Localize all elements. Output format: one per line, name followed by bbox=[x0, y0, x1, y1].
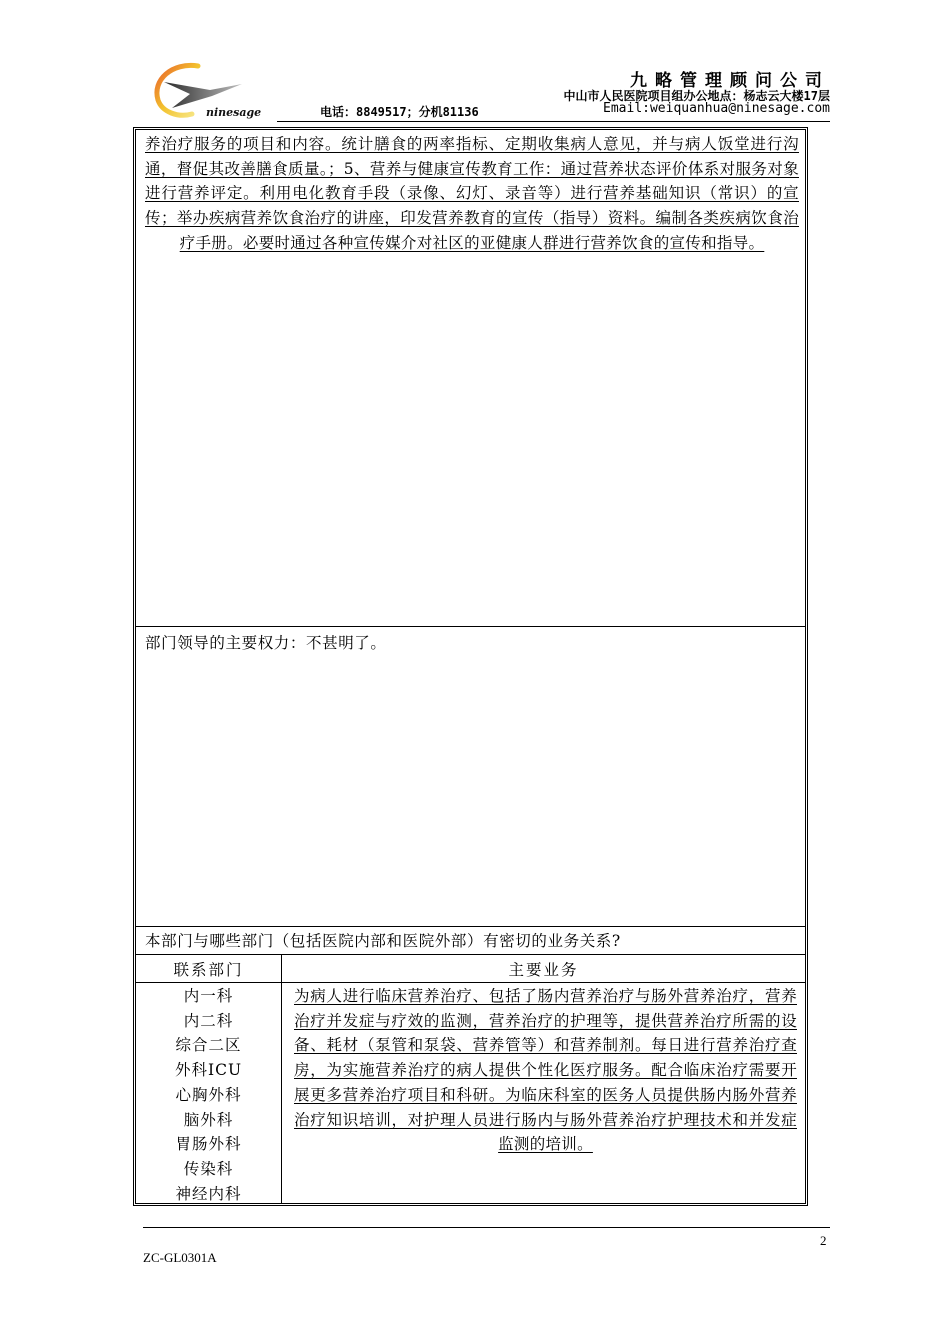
department-item: 胃肠外科 bbox=[136, 1132, 281, 1157]
ninesage-logo: ninesage bbox=[150, 60, 265, 120]
phone-number: 电话：8849517；分机81136 bbox=[320, 103, 479, 120]
department-item: 综合二区 bbox=[136, 1033, 281, 1058]
job-analysis-form: 养治疗服务的项目和内容。统计膳食的两率指标、定期收集病人意见，并与病人饭堂进行沟… bbox=[133, 127, 808, 1206]
department-item: 神经内科 bbox=[136, 1182, 281, 1207]
department-item: 内二科 bbox=[136, 1009, 281, 1034]
duties-cell: 养治疗服务的项目和内容。统计膳食的两率指标、定期收集病人意见，并与病人饭堂进行沟… bbox=[136, 130, 805, 627]
duties-text-content: 养治疗服务的项目和内容。统计膳食的两率指标、定期收集病人意见，并与病人饭堂进行沟… bbox=[145, 135, 799, 252]
relations-question-cell: 本部门与哪些部门（包括医院内部和医院外部）有密切的业务关系? bbox=[136, 927, 805, 955]
department-item: 内一科 bbox=[136, 984, 281, 1009]
department-item: 外科ICU bbox=[136, 1058, 281, 1083]
column-header-department: 联系部门 bbox=[136, 958, 281, 980]
relations-table: 联系部门 主要业务 内一科 内二科 综合二区 外科ICU 心胸外科 脑外科 胃肠… bbox=[136, 955, 805, 1203]
column-header-business: 主要业务 bbox=[282, 958, 805, 980]
svg-text:ninesage: ninesage bbox=[206, 106, 261, 119]
authority-text: 部门领导的主要权力：不甚明了。 bbox=[136, 627, 805, 659]
business-description-content: 为病人进行临床营养治疗、包括了肠内营养治疗与肠外营养治疗，营养治疗并发症与疗效的… bbox=[294, 987, 797, 1153]
authority-cell: 部门领导的主要权力：不甚明了。 bbox=[136, 627, 805, 927]
footer-divider bbox=[143, 1227, 830, 1228]
business-description: 为病人进行临床营养治疗、包括了肠内营养治疗与肠外营养治疗，营养治疗并发症与疗效的… bbox=[282, 984, 805, 1157]
department-list: 内一科 内二科 综合二区 外科ICU 心胸外科 脑外科 胃肠外科 传染科 神经内… bbox=[136, 984, 281, 1206]
document-code: ZC-GL0301A bbox=[143, 1250, 217, 1266]
logo-swoosh-icon: ninesage bbox=[150, 60, 265, 120]
department-item: 心胸外科 bbox=[136, 1083, 281, 1108]
page-number: 2 bbox=[820, 1233, 827, 1249]
duties-text: 养治疗服务的项目和内容。统计膳食的两率指标、定期收集病人意见，并与病人饭堂进行沟… bbox=[136, 130, 805, 256]
header-divider bbox=[277, 121, 830, 122]
email-address: Email:weiquanhua@ninesage.com bbox=[603, 101, 830, 116]
relations-question: 本部门与哪些部门（包括医院内部和医院外部）有密切的业务关系? bbox=[136, 927, 805, 957]
relations-header-row: 联系部门 主要业务 bbox=[136, 955, 805, 983]
department-item: 传染科 bbox=[136, 1157, 281, 1182]
department-item: 脑外科 bbox=[136, 1108, 281, 1133]
